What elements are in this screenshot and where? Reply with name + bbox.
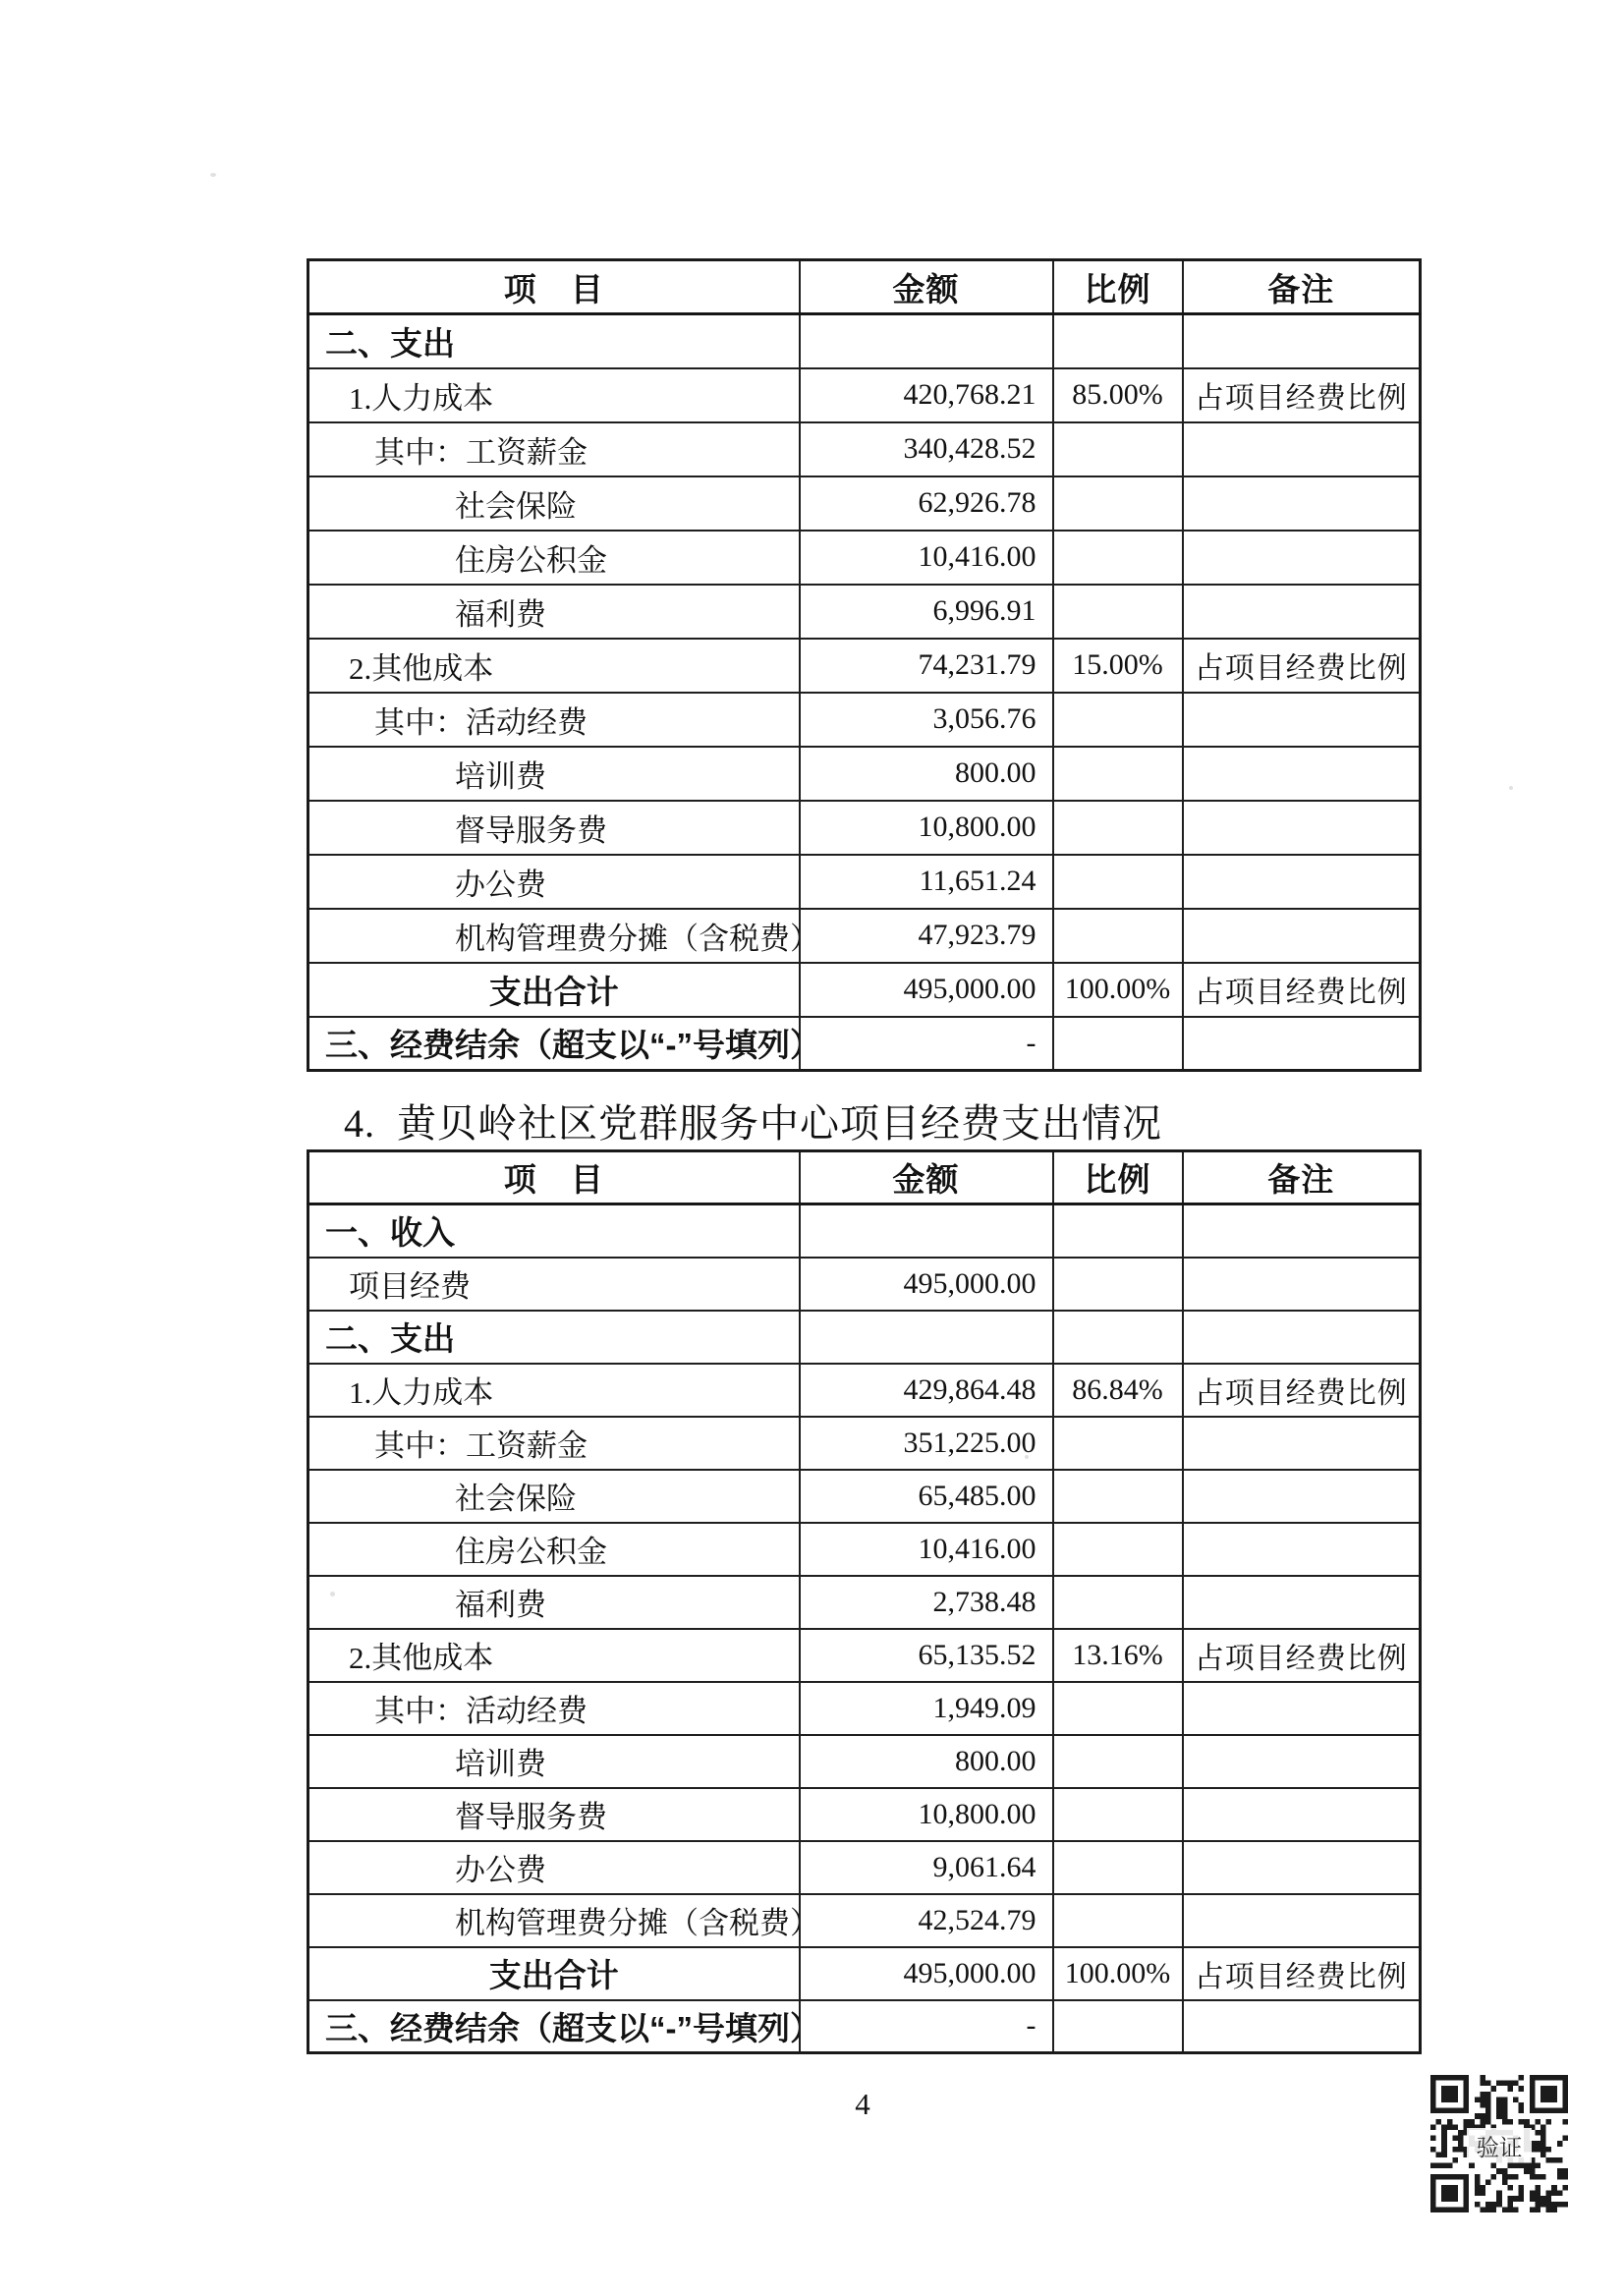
note-cell bbox=[1183, 585, 1421, 639]
label-cell: 社会保险 bbox=[308, 1470, 800, 1523]
label-cell: 督导服务费 bbox=[308, 801, 800, 855]
amount-cell bbox=[800, 1311, 1053, 1364]
label-cell: 一、收入 bbox=[308, 1204, 800, 1258]
note-cell bbox=[1183, 476, 1421, 531]
note-cell bbox=[1183, 422, 1421, 476]
ratio-cell: 15.00% bbox=[1053, 639, 1183, 693]
label-cell: 机构管理费分摊（含税费） bbox=[308, 1894, 800, 1947]
ratio-cell bbox=[1053, 1682, 1183, 1735]
note-cell bbox=[1183, 1788, 1421, 1841]
ratio-cell bbox=[1053, 476, 1183, 531]
qr-overlay-label: 验证 bbox=[1477, 2135, 1523, 2160]
amount-cell: 420,768.21 bbox=[800, 368, 1053, 422]
column-header: 备注 bbox=[1183, 260, 1421, 314]
note-cell bbox=[1183, 531, 1421, 585]
label-cell: 项目经费 bbox=[308, 1258, 800, 1311]
label-cell: 1.人力成本 bbox=[308, 1364, 800, 1417]
page-number: 4 bbox=[307, 2087, 1419, 2122]
ratio-cell bbox=[1053, 1735, 1183, 1788]
label-cell: 2.其他成本 bbox=[308, 639, 800, 693]
ratio-cell bbox=[1053, 1841, 1183, 1894]
table-row: 办公费11,651.24 bbox=[308, 855, 1421, 909]
amount-cell: 800.00 bbox=[800, 1735, 1053, 1788]
amount-cell: 65,485.00 bbox=[800, 1470, 1053, 1523]
scan-speck bbox=[1025, 1455, 1029, 1459]
section-heading: 4. 黄贝岭社区党群服务中心项目经费支出情况 bbox=[344, 1092, 1162, 1148]
table-row: 其中：活动经费3,056.76 bbox=[308, 693, 1421, 747]
label-cell: 2.其他成本 bbox=[308, 1629, 800, 1682]
table-row: 住房公积金10,416.00 bbox=[308, 1523, 1421, 1576]
table-row: 二、支出 bbox=[308, 1311, 1421, 1364]
note-cell: 占项目经费比例 bbox=[1183, 639, 1421, 693]
label-cell: 培训费 bbox=[308, 1735, 800, 1788]
ratio-cell: 86.84% bbox=[1053, 1364, 1183, 1417]
amount-cell: 11,651.24 bbox=[800, 855, 1053, 909]
note-cell bbox=[1183, 909, 1421, 963]
amount-cell: 800.00 bbox=[800, 747, 1053, 801]
label-cell: 督导服务费 bbox=[308, 1788, 800, 1841]
table-row: 福利费6,996.91 bbox=[308, 585, 1421, 639]
label-cell: 社会保险 bbox=[308, 476, 800, 531]
ratio-cell: 85.00% bbox=[1053, 368, 1183, 422]
amount-cell: 65,135.52 bbox=[800, 1629, 1053, 1682]
note-cell bbox=[1183, 801, 1421, 855]
amount-cell: 3,056.76 bbox=[800, 693, 1053, 747]
ratio-cell bbox=[1053, 909, 1183, 963]
budget-table-2: 项 目金额比例备注 一、收入项目经费495,000.00二、支出1.人力成本42… bbox=[307, 1149, 1422, 2054]
table-row: 督导服务费10,800.00 bbox=[308, 801, 1421, 855]
label-cell: 其中：工资薪金 bbox=[308, 1417, 800, 1470]
label-cell: 二、支出 bbox=[308, 1311, 800, 1364]
table-row: 机构管理费分摊（含税费）47,923.79 bbox=[308, 909, 1421, 963]
ratio-cell bbox=[1053, 1576, 1183, 1629]
amount-cell: 42,524.79 bbox=[800, 1894, 1053, 1947]
amount-cell bbox=[800, 1204, 1053, 1258]
note-cell bbox=[1183, 1735, 1421, 1788]
ratio-cell bbox=[1053, 801, 1183, 855]
note-cell bbox=[1183, 1258, 1421, 1311]
label-cell: 办公费 bbox=[308, 855, 800, 909]
table-row: 支出合计495,000.00100.00%占项目经费比例 bbox=[308, 963, 1421, 1017]
note-cell bbox=[1183, 1017, 1421, 1071]
label-cell: 1.人力成本 bbox=[308, 368, 800, 422]
ratio-cell: 13.16% bbox=[1053, 1629, 1183, 1682]
table-header-row: 项 目金额比例备注 bbox=[308, 1151, 1421, 1204]
note-cell: 占项目经费比例 bbox=[1183, 1947, 1421, 2000]
column-header: 比例 bbox=[1053, 1151, 1183, 1204]
table-row: 其中：工资薪金351,225.00 bbox=[308, 1417, 1421, 1470]
ratio-cell bbox=[1053, 1417, 1183, 1470]
label-cell: 二、支出 bbox=[308, 314, 800, 368]
note-cell bbox=[1183, 747, 1421, 801]
amount-cell: 351,225.00 bbox=[800, 1417, 1053, 1470]
table-row: 1.人力成本429,864.4886.84%占项目经费比例 bbox=[308, 1364, 1421, 1417]
ratio-cell bbox=[1053, 1523, 1183, 1576]
ratio-cell bbox=[1053, 2000, 1183, 2053]
note-cell bbox=[1183, 1576, 1421, 1629]
ratio-cell bbox=[1053, 1311, 1183, 1364]
label-cell: 三、经费结余（超支以“-”号填列） bbox=[308, 2000, 800, 2053]
scanned-report-page: { "heading": "4. 黄贝岭社区党群服务中心项目经费支出情况", "… bbox=[0, 0, 1624, 2295]
ratio-cell bbox=[1053, 1017, 1183, 1071]
ratio-cell: 100.00% bbox=[1053, 1947, 1183, 2000]
note-cell bbox=[1183, 693, 1421, 747]
column-header: 备注 bbox=[1183, 1151, 1421, 1204]
column-header: 金额 bbox=[800, 1151, 1053, 1204]
ratio-cell bbox=[1053, 1470, 1183, 1523]
ratio-cell bbox=[1053, 855, 1183, 909]
ratio-cell bbox=[1053, 585, 1183, 639]
amount-cell: 10,800.00 bbox=[800, 801, 1053, 855]
scan-speck bbox=[330, 1592, 335, 1596]
note-cell bbox=[1183, 1841, 1421, 1894]
amount-cell: 2,738.48 bbox=[800, 1576, 1053, 1629]
amount-cell: 10,416.00 bbox=[800, 531, 1053, 585]
label-cell: 福利费 bbox=[308, 1576, 800, 1629]
table-row: 一、收入 bbox=[308, 1204, 1421, 1258]
note-cell bbox=[1183, 1204, 1421, 1258]
label-cell: 其中：活动经费 bbox=[308, 693, 800, 747]
amount-cell: 47,923.79 bbox=[800, 909, 1053, 963]
table-row: 住房公积金10,416.00 bbox=[308, 531, 1421, 585]
amount-cell: - bbox=[800, 1017, 1053, 1071]
amount-cell: 495,000.00 bbox=[800, 1258, 1053, 1311]
amount-cell: 10,800.00 bbox=[800, 1788, 1053, 1841]
amount-cell: 495,000.00 bbox=[800, 1947, 1053, 2000]
amount-cell: 6,996.91 bbox=[800, 585, 1053, 639]
label-cell: 其中：活动经费 bbox=[308, 1682, 800, 1735]
table-row: 2.其他成本65,135.5213.16%占项目经费比例 bbox=[308, 1629, 1421, 1682]
note-cell bbox=[1183, 855, 1421, 909]
table-row: 办公费9,061.64 bbox=[308, 1841, 1421, 1894]
table-row: 三、经费结余（超支以“-”号填列）- bbox=[308, 2000, 1421, 2053]
label-cell: 办公费 bbox=[308, 1841, 800, 1894]
amount-cell: 340,428.52 bbox=[800, 422, 1053, 476]
note-cell bbox=[1183, 1523, 1421, 1576]
table-row: 三、经费结余（超支以“-”号填列）- bbox=[308, 1017, 1421, 1071]
column-header: 金额 bbox=[800, 260, 1053, 314]
label-cell: 住房公积金 bbox=[308, 1523, 800, 1576]
table-row: 督导服务费10,800.00 bbox=[308, 1788, 1421, 1841]
qr-code-icon: 验证 bbox=[1430, 2075, 1568, 2212]
ratio-cell bbox=[1053, 422, 1183, 476]
amount-cell: - bbox=[800, 2000, 1053, 2053]
table-row: 2.其他成本74,231.7915.00%占项目经费比例 bbox=[308, 639, 1421, 693]
ratio-cell bbox=[1053, 747, 1183, 801]
label-cell: 机构管理费分摊（含税费） bbox=[308, 909, 800, 963]
table-row: 支出合计495,000.00100.00%占项目经费比例 bbox=[308, 1947, 1421, 2000]
label-cell: 其中：工资薪金 bbox=[308, 422, 800, 476]
budget-table-1: 项 目金额比例备注 二、支出1.人力成本420,768.2185.00%占项目经… bbox=[307, 258, 1422, 1072]
note-cell: 占项目经费比例 bbox=[1183, 963, 1421, 1017]
note-cell bbox=[1183, 314, 1421, 368]
column-header: 比例 bbox=[1053, 260, 1183, 314]
ratio-cell bbox=[1053, 1894, 1183, 1947]
amount-cell: 62,926.78 bbox=[800, 476, 1053, 531]
table-row: 其中：活动经费1,949.09 bbox=[308, 1682, 1421, 1735]
scan-speck bbox=[1509, 786, 1513, 790]
ratio-cell bbox=[1053, 1788, 1183, 1841]
table-header-row: 项 目金额比例备注 bbox=[308, 260, 1421, 314]
scan-speck bbox=[210, 173, 216, 177]
label-cell: 支出合计 bbox=[308, 1947, 800, 2000]
label-cell: 三、经费结余（超支以“-”号填列） bbox=[308, 1017, 800, 1071]
ratio-cell bbox=[1053, 693, 1183, 747]
note-cell bbox=[1183, 1682, 1421, 1735]
table-row: 其中：工资薪金340,428.52 bbox=[308, 422, 1421, 476]
table-row: 福利费2,738.48 bbox=[308, 1576, 1421, 1629]
column-header: 项 目 bbox=[308, 260, 800, 314]
table-row: 培训费800.00 bbox=[308, 747, 1421, 801]
table-row: 培训费800.00 bbox=[308, 1735, 1421, 1788]
note-cell: 占项目经费比例 bbox=[1183, 368, 1421, 422]
amount-cell: 9,061.64 bbox=[800, 1841, 1053, 1894]
amount-cell: 74,231.79 bbox=[800, 639, 1053, 693]
note-cell bbox=[1183, 1894, 1421, 1947]
table-row: 机构管理费分摊（含税费）42,524.79 bbox=[308, 1894, 1421, 1947]
amount-cell bbox=[800, 314, 1053, 368]
ratio-cell: 100.00% bbox=[1053, 963, 1183, 1017]
note-cell: 占项目经费比例 bbox=[1183, 1629, 1421, 1682]
table-row: 社会保险62,926.78 bbox=[308, 476, 1421, 531]
note-cell bbox=[1183, 1311, 1421, 1364]
ratio-cell bbox=[1053, 531, 1183, 585]
table-row: 二、支出 bbox=[308, 314, 1421, 368]
amount-cell: 429,864.48 bbox=[800, 1364, 1053, 1417]
note-cell bbox=[1183, 1470, 1421, 1523]
table-row: 1.人力成本420,768.2185.00%占项目经费比例 bbox=[308, 368, 1421, 422]
label-cell: 住房公积金 bbox=[308, 531, 800, 585]
ratio-cell bbox=[1053, 314, 1183, 368]
amount-cell: 495,000.00 bbox=[800, 963, 1053, 1017]
amount-cell: 10,416.00 bbox=[800, 1523, 1053, 1576]
column-header: 项 目 bbox=[308, 1151, 800, 1204]
table-row: 社会保险65,485.00 bbox=[308, 1470, 1421, 1523]
note-cell bbox=[1183, 1417, 1421, 1470]
amount-cell: 1,949.09 bbox=[800, 1682, 1053, 1735]
note-cell: 占项目经费比例 bbox=[1183, 1364, 1421, 1417]
label-cell: 培训费 bbox=[308, 747, 800, 801]
label-cell: 支出合计 bbox=[308, 963, 800, 1017]
note-cell bbox=[1183, 2000, 1421, 2053]
ratio-cell bbox=[1053, 1258, 1183, 1311]
ratio-cell bbox=[1053, 1204, 1183, 1258]
label-cell: 福利费 bbox=[308, 585, 800, 639]
table-row: 项目经费495,000.00 bbox=[308, 1258, 1421, 1311]
